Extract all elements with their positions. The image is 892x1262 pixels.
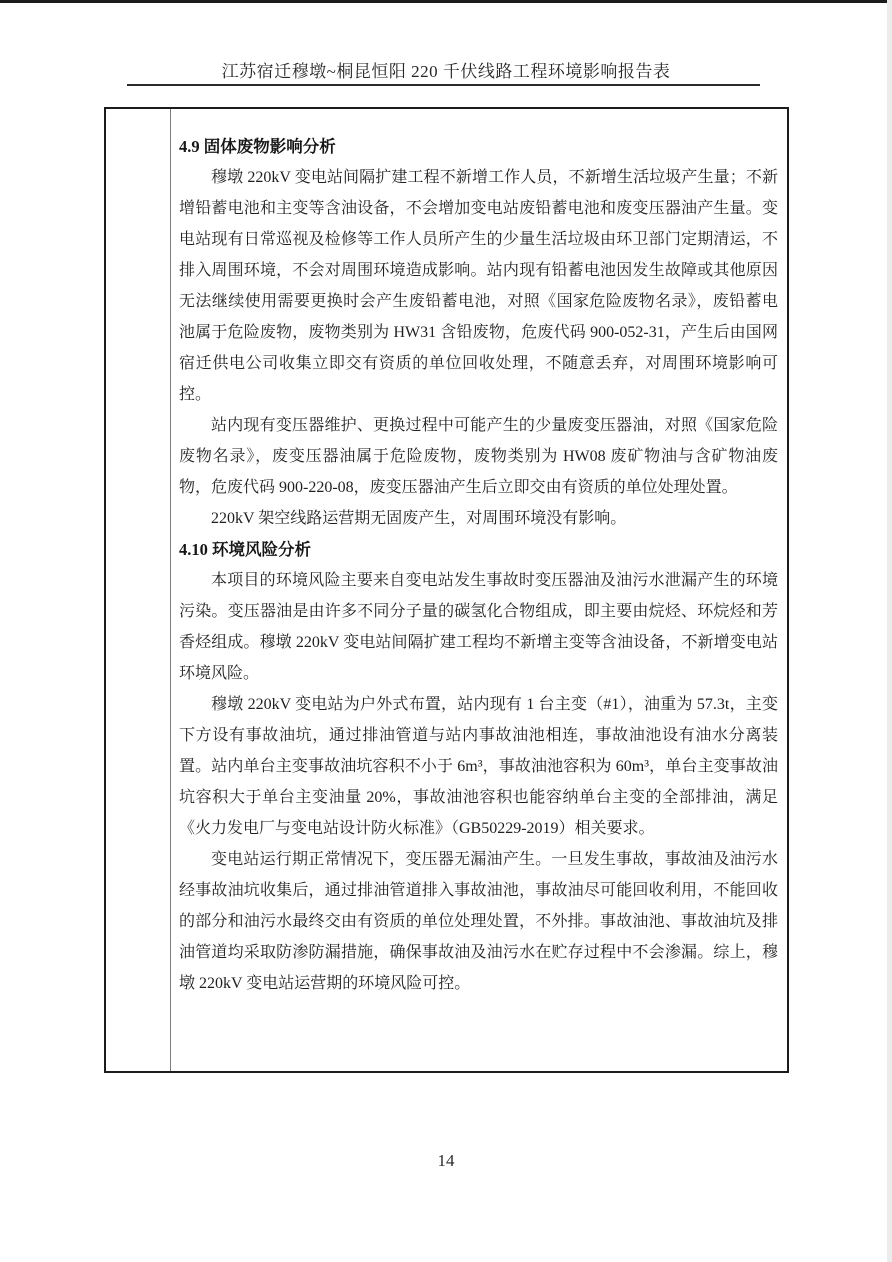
scan-edge-right	[887, 0, 892, 1262]
paragraph-solid-waste-3: 220kV 架空线路运营期无固废产生，对周围环境没有影响。	[179, 503, 778, 534]
section-heading-4-9: 4.9 固体废物影响分析	[179, 131, 778, 162]
document-page: 江苏宿迁穆墩~桐昆恒阳 220 千伏线路工程环境影响报告表 4.9 固体废物影响…	[0, 0, 892, 1262]
table-content-cell: 4.9 固体废物影响分析 穆墩 220kV 变电站间隔扩建工程不新增工作人员，不…	[171, 109, 787, 1071]
paragraph-solid-waste-1: 穆墩 220kV 变电站间隔扩建工程不新增工作人员，不新增生活垃圾产生量；不新增…	[179, 162, 778, 410]
header-rule	[127, 84, 760, 86]
page-number: 14	[0, 1151, 892, 1171]
paragraph-env-risk-2: 穆墩 220kV 变电站为户外式布置，站内现有 1 台主变（#1），油重为 57…	[179, 689, 778, 844]
paragraph-env-risk-1: 本项目的环境风险主要来自变电站发生事故时变压器油及油污水泄漏产生的环境污染。变压…	[179, 565, 778, 689]
section-heading-4-10: 4.10 环境风险分析	[179, 534, 778, 565]
header-title: 江苏宿迁穆墩~桐昆恒阳 220 千伏线路工程环境影响报告表	[0, 57, 892, 82]
table-margin-cell	[106, 109, 171, 1071]
scan-edge-top	[0, 0, 892, 3]
paragraph-env-risk-3: 变电站运行期正常情况下，变压器无漏油产生。一旦发生事故，事故油及油污水经事故油坑…	[179, 844, 778, 999]
paragraph-solid-waste-2: 站内现有变压器维护、更换过程中可能产生的少量废变压器油，对照《国家危险废物名录》…	[179, 410, 778, 503]
content-table: 4.9 固体废物影响分析 穆墩 220kV 变电站间隔扩建工程不新增工作人员，不…	[104, 107, 789, 1073]
